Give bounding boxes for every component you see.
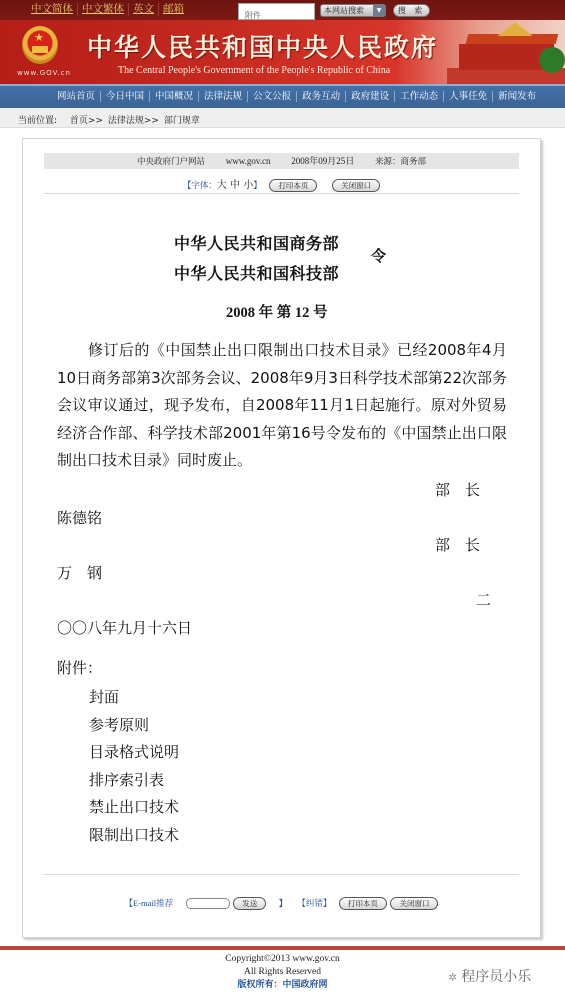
attachment-index[interactable]: 排序索引表 xyxy=(89,767,179,795)
nav-item-home[interactable]: 网站首页 xyxy=(57,91,101,102)
article-tools: 【字体：大 中 小】 打印本页 关闭窗口 xyxy=(23,176,540,192)
nav-item-press[interactable]: 新闻发布 xyxy=(493,91,541,102)
link-simplified-chinese[interactable]: 中文简体 xyxy=(27,3,78,16)
date-line-2: 〇〇八年九月十六日 xyxy=(57,617,192,638)
main-nav: 网站首页 今日中国 中国概况 法律法规 公文公报 政务互动 政府建设 工作动态 … xyxy=(0,84,565,108)
bottom-tools: 【E-mail推荐 发送 】 【纠错】 打印本页 关闭窗口 xyxy=(23,897,540,910)
font-size-selector: 【字体：大 中 小】 xyxy=(183,181,265,191)
breadcrumb-home[interactable]: 首页>> xyxy=(70,116,103,126)
nav-item-china-overview[interactable]: 中国概况 xyxy=(150,91,199,102)
order-label: 令 xyxy=(371,245,386,266)
nav-item-gazette[interactable]: 公文公报 xyxy=(248,91,297,102)
attachment-restricted[interactable]: 限制出口技术 xyxy=(89,822,179,850)
attachment-cover[interactable]: 封面 xyxy=(89,684,179,712)
site-subtitle: The Central People's Government of the P… xyxy=(118,65,390,76)
breadcrumb-laws[interactable]: 法律法规>> xyxy=(108,116,159,126)
article-body: 修订后的《中国禁止出口限制出口技术目录》已经2008年4月10日商务部第3次部务… xyxy=(57,337,507,475)
watermark-text: 程序员小乐 xyxy=(461,969,531,985)
breadcrumb-department-rules[interactable]: 部门规章 xyxy=(164,116,200,126)
search-button[interactable]: 搜 索 xyxy=(393,4,430,17)
signature-title-1: 部 长 xyxy=(435,479,480,500)
nav-item-work-news[interactable]: 工作动态 xyxy=(395,91,444,102)
star-icon: ★ xyxy=(34,32,44,43)
nav-item-laws[interactable]: 法律法规 xyxy=(199,91,248,102)
site-banner: ★ www.GOV.cn 中华人民共和国中央人民政府 The Central P… xyxy=(0,20,565,84)
attachments-label: 附件： xyxy=(57,657,102,678)
chevron-down-icon: ▼ xyxy=(373,5,385,16)
close-window-button[interactable]: 关闭窗口 xyxy=(332,179,380,192)
info-url: www.gov.cn xyxy=(226,156,271,166)
attachment-principles[interactable]: 参考原则 xyxy=(89,712,179,740)
site-search-input[interactable]: 附件 xyxy=(238,3,315,20)
nav-items: 网站首页 今日中国 中国概况 法律法规 公文公报 政务互动 政府建设 工作动态 … xyxy=(57,91,541,102)
date-line-1: 二 xyxy=(476,589,491,610)
copyright-text: Copyright©2013 www.gov.cn xyxy=(0,953,565,966)
link-traditional-chinese[interactable]: 中文繁体 xyxy=(78,3,129,16)
info-date: 2008年09月25日 xyxy=(291,156,354,166)
font-label: 【字体： xyxy=(183,181,217,191)
link-mailbox[interactable]: 邮箱 xyxy=(159,3,188,16)
article-info-bar: 中央政府门户网站 www.gov.cn 2008年09月25日 来源：商务部 xyxy=(44,153,519,169)
nav-item-gov-building[interactable]: 政府建设 xyxy=(346,91,395,102)
attachment-format[interactable]: 目录格式说明 xyxy=(89,739,179,767)
breadcrumb-label: 当前位置: xyxy=(18,116,57,126)
breadcrumb: 当前位置: 首页>> 法律法规>> 部门规章 xyxy=(0,108,565,128)
attachment-prohibited[interactable]: 禁止出口技术 xyxy=(89,794,179,822)
signature-name-2: 万 钢 xyxy=(57,562,102,583)
attachments-list: 封面 参考原则 目录格式说明 排序索引表 禁止出口技术 限制出口技术 xyxy=(89,684,179,849)
breadcrumb-trail: 当前位置: 首页>> 法律法规>> 部门规章 xyxy=(18,113,202,126)
page: 中文简体 中文繁体 英文 邮箱 附件 本网站搜索 ▼ 搜 索 ★ www.GOV… xyxy=(0,0,565,1000)
tiananmen-image xyxy=(447,22,565,84)
nav-item-today-china[interactable]: 今日中国 xyxy=(101,91,150,102)
email-recommend-label: 【E-mail推荐 xyxy=(125,898,174,908)
signature-title-2: 部 长 xyxy=(435,534,480,555)
search-scope-label: 本网站搜索 xyxy=(324,6,364,15)
issuer-commerce: 中华人民共和国商务部 xyxy=(174,231,339,254)
info-source: 来源：商务部 xyxy=(375,157,426,167)
nav-item-interaction[interactable]: 政务互动 xyxy=(297,91,346,102)
article-container: 中央政府门户网站 www.gov.cn 2008年09月25日 来源：商务部 【… xyxy=(22,138,541,938)
language-links: 中文简体 中文繁体 英文 邮箱 xyxy=(27,3,188,16)
gov-url-logo: www.GOV.cn xyxy=(17,69,71,77)
signature-name-1: 陈德铭 xyxy=(57,507,102,528)
font-label-close: 】 xyxy=(253,181,262,191)
send-button[interactable]: 发送 xyxy=(233,897,266,910)
watermark: ✲程序员小乐 xyxy=(448,966,531,986)
tree xyxy=(539,47,565,73)
link-english[interactable]: 英文 xyxy=(129,3,159,16)
info-site: 中央政府门户网站 xyxy=(137,157,205,167)
email-bracket-close: 】 xyxy=(279,899,287,908)
font-size-options[interactable]: 大 中 小 xyxy=(217,180,253,191)
print-button[interactable]: 打印本页 xyxy=(269,179,317,192)
top-bar: 中文简体 中文繁体 英文 邮箱 附件 本网站搜索 ▼ 搜 索 xyxy=(0,0,565,20)
search-scope-select[interactable]: 本网站搜索 ▼ xyxy=(320,4,386,17)
issuer-science: 中华人民共和国科技部 xyxy=(174,261,339,284)
tiananmen-gate-icon xyxy=(32,46,48,53)
divider xyxy=(44,193,519,194)
report-error-link[interactable]: 【纠错】 xyxy=(297,898,331,908)
national-emblem-icon: ★ xyxy=(22,26,58,64)
close-window-button-bottom[interactable]: 关闭窗口 xyxy=(390,897,438,910)
site-title: 中华人民共和国中央人民政府 xyxy=(87,28,438,64)
email-input[interactable] xyxy=(186,898,230,909)
body-paragraph: 修订后的《中国禁止出口限制出口技术目录》已经2008年4月10日商务部第3次部务… xyxy=(57,337,507,475)
divider xyxy=(44,874,519,875)
footer-divider xyxy=(0,946,565,950)
nav-item-personnel[interactable]: 人事任免 xyxy=(444,91,493,102)
document-number: 2008 年 第 12 号 xyxy=(226,301,328,322)
print-button-bottom[interactable]: 打印本页 xyxy=(339,897,387,910)
wechat-icon: ✲ xyxy=(448,971,457,984)
